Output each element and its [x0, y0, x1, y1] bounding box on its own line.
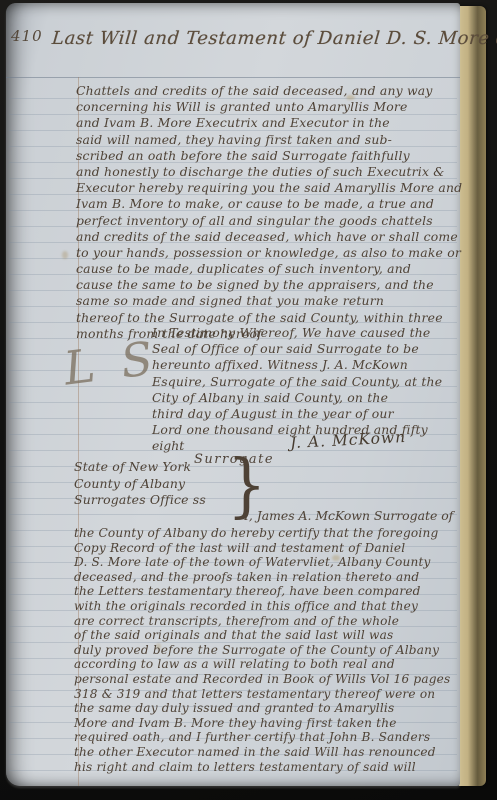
text-line: City of Albany in said County, on the	[152, 390, 460, 406]
text-line: cause the same to be signed by the appra…	[76, 277, 460, 293]
text-line: of the said originals and that the said …	[74, 628, 466, 643]
text-line: scribed an oath before the said Surrogat…	[76, 148, 460, 164]
text-line: said will named, they having first taken…	[76, 132, 460, 148]
document-title: Last Will and Testament of Daniel D. S. …	[51, 28, 461, 49]
photo-background: 410 Last Will and Testament of Daniel D.…	[0, 0, 497, 800]
venue-caption: State of New YorkCounty of AlbanySurroga…	[74, 459, 244, 509]
text-line: required oath, and I further certify tha…	[74, 730, 466, 745]
text-line: D. S. More late of the town of Watervlie…	[74, 555, 466, 570]
text-line: Seal of Office of our said Surrogate to …	[152, 341, 460, 357]
text-line: thereof to the Surrogate of the said Cou…	[76, 310, 460, 326]
text-line: Surrogates Office ss	[74, 492, 244, 509]
text-line: deceased, and the proofs taken in relati…	[74, 570, 466, 585]
text-line: his right and claim to letters testament…	[74, 760, 466, 775]
text-line: to your hands, possession or knowledge, …	[76, 245, 460, 261]
text-line: according to law as a will relating to b…	[74, 657, 466, 672]
body-text: Chattels and credits of the said decease…	[76, 83, 460, 342]
text-line: More and Ivam B. More they having first …	[74, 716, 466, 731]
ledger-page: 410 Last Will and Testament of Daniel D.…	[6, 3, 460, 786]
certification-text: the County of Albany do hereby certify t…	[74, 526, 466, 774]
text-line: concerning his Will is granted unto Amar…	[76, 99, 460, 115]
text-line: same so made and signed that you make re…	[76, 293, 460, 309]
text-line: personal estate and Recorded in Book of …	[74, 672, 466, 687]
text-line: and honestly to discharge the duties of …	[76, 164, 460, 180]
text-line: State of New York	[74, 459, 244, 476]
testimony-clause: In Testimony Whereof, We have caused the…	[152, 325, 460, 438]
text-line: the other Executor named in the said Wil…	[74, 745, 466, 760]
text-line: hereunto affixed. Witness J. A. McKown	[152, 357, 460, 373]
text-line: and credits of the said deceased, which …	[76, 229, 460, 245]
text-line: Copy Record of the last will and testame…	[74, 541, 466, 556]
text-line: Executor hereby requiring you the said A…	[76, 180, 460, 196]
text-line: In Testimony Whereof, We have caused the	[152, 325, 460, 341]
text-line: Chattels and credits of the said decease…	[76, 83, 460, 99]
text-line: the County of Albany do hereby certify t…	[74, 526, 466, 541]
certification-intro: I, James A. McKown Surrogate of	[244, 508, 453, 523]
foxing-stain	[62, 251, 68, 259]
text-line: the Letters testamentary thereof, have b…	[74, 584, 466, 599]
text-line: with the originals recorded in this offi…	[74, 599, 466, 614]
header-rule-line	[6, 77, 460, 78]
testimony-last-word: eight	[152, 438, 184, 453]
text-line: the same day duly issued and granted to …	[74, 701, 466, 716]
text-line: 318 & 319 and that letters testamentary …	[74, 687, 466, 702]
page-number: 410	[11, 27, 43, 45]
text-line: third day of August in the year of our	[152, 406, 460, 422]
text-line: and Ivam B. More Executrix and Executor …	[76, 115, 460, 131]
text-line: cause to be made, duplicates of such inv…	[76, 261, 460, 277]
text-line: are correct transcripts, therefrom and o…	[74, 614, 466, 629]
text-line: perfect inventory of all and singular th…	[76, 213, 460, 229]
text-line: duly proved before the Surrogate of the …	[74, 643, 466, 658]
seal-ls-flourish: L S	[61, 330, 162, 395]
text-line: Esquire, Surrogate of the said County, a…	[152, 374, 460, 390]
text-line: County of Albany	[74, 476, 244, 493]
text-line: Ivam B. More to make, or cause to be mad…	[76, 196, 460, 212]
